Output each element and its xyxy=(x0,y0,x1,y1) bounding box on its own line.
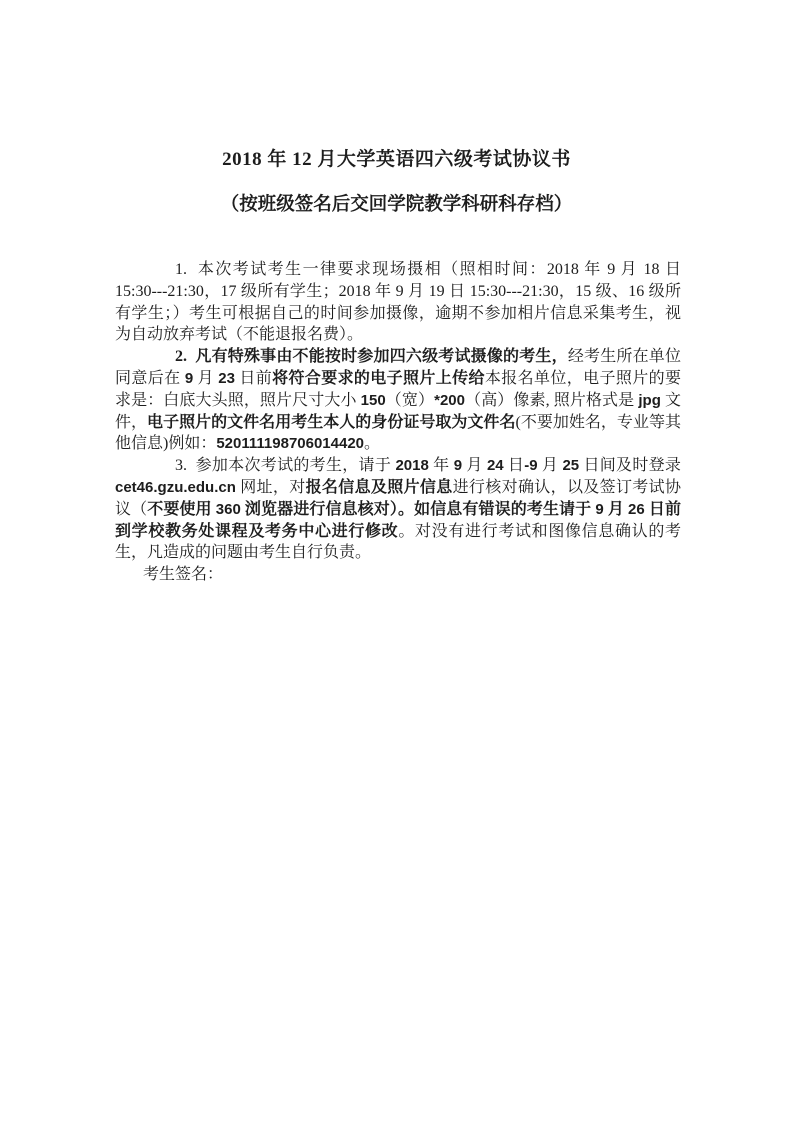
paragraph-item-1: 1. 本次考试考生一律要求现场摄相（照相时间：2018 年 9 月 18 日 1… xyxy=(115,259,681,346)
text-run: 520111198706014420 xyxy=(216,435,364,452)
text-run: 。 xyxy=(364,435,380,452)
text-run: *200 xyxy=(434,392,465,409)
text-run: 月 xyxy=(193,370,218,387)
text-run: （宽） xyxy=(386,392,434,409)
text-run: 月 xyxy=(604,501,628,518)
text-run: 3. 参加本次考试的考生，请于 xyxy=(175,457,395,474)
text-run: 将符合要求的电子照片上传给 xyxy=(272,370,485,387)
text-run: 浏览器进行信息核对）。如信息有错误的考生请于 xyxy=(241,501,596,518)
text-run: 26 xyxy=(628,501,645,518)
text-run: 电子照片的文件名用考生本人的身份证号取为文件名 xyxy=(147,414,515,431)
text-run: 360 xyxy=(216,501,241,518)
text-run: cet46.gzu.edu.cn xyxy=(115,479,236,496)
document-subtitle: （按班级签名后交回学院教学科研科存档） xyxy=(0,190,793,216)
text-run: jpg xyxy=(638,392,661,409)
text-run: 9 xyxy=(454,457,462,474)
text-run: 月 xyxy=(538,457,563,474)
text-run: 2018 xyxy=(395,457,428,474)
text-run: 报名信息及照片信息 xyxy=(306,479,453,496)
text-run: 日间及时登录 xyxy=(579,457,681,474)
text-run: 不要使用 xyxy=(147,501,216,518)
text-run: 25 xyxy=(562,457,579,474)
text-run: 日 xyxy=(504,457,525,474)
text-run: 9 xyxy=(185,370,193,387)
document-page: 2018 年 12 月大学英语四六级考试协议书 （按班级签名后交回学院教学科研科… xyxy=(0,0,793,1122)
text-run: 月 xyxy=(462,457,487,474)
paragraph-item-2: 2. 凡有特殊事由不能按时参加四六级考试摄像的考生，经考生所在单位同意后在 9 … xyxy=(115,346,681,455)
text-run: 9 xyxy=(595,501,603,518)
paragraph-item-3: 3. 参加本次考试的考生，请于 2018 年 9 月 24 日-9 月 25 日… xyxy=(115,455,681,564)
text-run: 2. 凡有特殊事由不能按时参加四六级考试摄像的考生， xyxy=(175,348,568,365)
text-run: 年 xyxy=(429,457,454,474)
document-body: 1. 本次考试考生一律要求现场摄相（照相时间：2018 年 9 月 18 日 1… xyxy=(115,259,681,586)
text-run: -9 xyxy=(524,457,537,474)
text-run: 150 xyxy=(361,392,386,409)
document-title: 2018 年 12 月大学英语四六级考试协议书 xyxy=(0,144,793,171)
text-run: 24 xyxy=(487,457,504,474)
text-run: 23 xyxy=(218,370,235,387)
signature-label: 考生签名： xyxy=(115,564,681,586)
text-run: 日前 xyxy=(235,370,272,387)
text-run: 网址，对 xyxy=(236,479,306,496)
text-run: （高）像素, 照片格式是 xyxy=(465,392,638,409)
text-run: 1. 本次考试考生一律要求现场摄相（照相时间：2018 年 9 月 18 日 1… xyxy=(115,261,681,343)
